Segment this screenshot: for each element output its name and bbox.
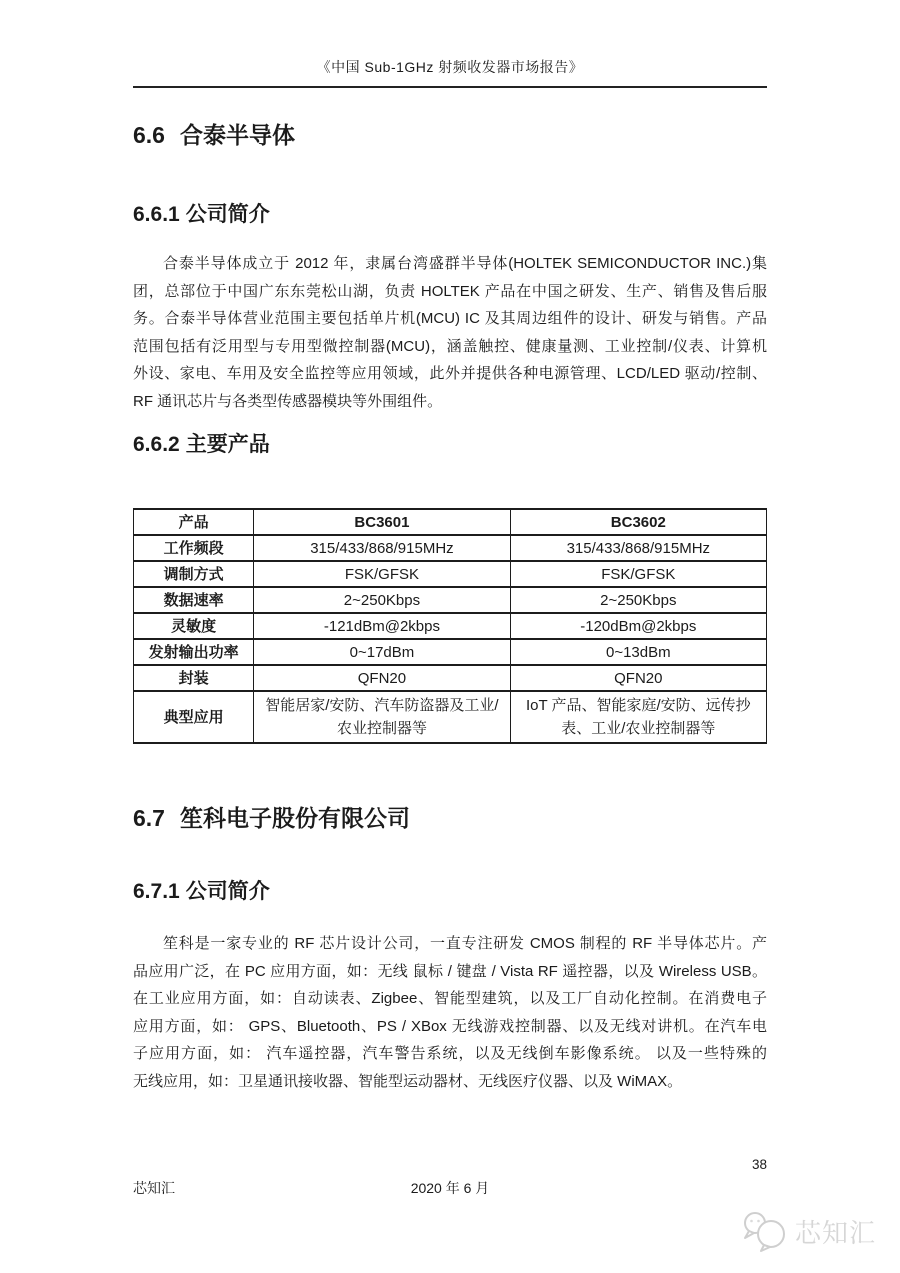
paragraph-line: 品应用广泛，在 PC 应用方面，如：无线 鼠标 / 键盘 / Vista RF … [133, 958, 767, 986]
page-number: 38 [752, 1157, 767, 1172]
table-row: 数据速率2~250Kbps2~250Kbps [134, 587, 767, 613]
paragraph-line: 笙科是一家专业的 RF 芯片设计公司，一直专注研发 CMOS 制程的 RF 半导… [133, 930, 767, 958]
row-label-cell: 典型应用 [134, 691, 254, 743]
row-label-cell: 发射输出功率 [134, 639, 254, 665]
brand-watermark: 芯知汇 [742, 1210, 876, 1252]
paragraph-line: 合泰半导体成立于 2012 年，隶属台湾盛群半导体(HOLTEK SEMICON… [133, 250, 767, 278]
section-6-6-title: 合泰半导体 [180, 117, 295, 150]
paragraph-line: 无线应用，如：卫星通讯接收器、智能型运动器材、无线医疗仪器、以及 WiMAX。 [133, 1068, 767, 1096]
column-header-cell: BC3601 [254, 509, 510, 535]
column-header-cell: 产品 [134, 509, 254, 535]
paragraph-line: RF 通讯芯片与各类型传感器模块等外围组件。 [133, 388, 767, 416]
products-spec-table: 产品BC3601BC3602工作频段315/433/868/915MHz315/… [133, 508, 767, 744]
report-title: 《中国 Sub-1GHz 射频收发器市场报告》 [133, 57, 767, 77]
value-cell: -120dBm@2kbps [510, 613, 766, 639]
footer-brand: 芯知汇 [133, 1178, 175, 1198]
table-row: 封装QFN20QFN20 [134, 665, 767, 691]
section-6-7-1-number: 6.7.1 [133, 880, 180, 904]
table-row: 工作频段315/433/868/915MHz315/433/868/915MHz [134, 535, 767, 561]
paragraph-line: 子应用方面，如： 汽车遥控器，汽车警告系统，以及无线倒车影像系统。 以及一些特殊… [133, 1040, 767, 1068]
section-6-6-1-number: 6.6.1 [133, 203, 180, 227]
section-6-7-number: 6.7 [133, 805, 165, 832]
footer-date: 2020 年 6 月 [411, 1178, 490, 1198]
value-cell: 315/433/868/915MHz [510, 535, 766, 561]
value-cell: 智能居家/安防、汽车防盗器及工业/农业控制器等 [254, 691, 510, 743]
column-header-cell: BC3602 [510, 509, 766, 535]
page-content: 6.6 合泰半导体 6.6.1 公司简介 合泰半导体成立于 2012 年，隶属台… [133, 117, 767, 1095]
row-label-cell: 数据速率 [134, 587, 254, 613]
section-6-6-2-heading: 6.6.2 主要产品 [133, 428, 767, 458]
row-label-cell: 工作频段 [134, 535, 254, 561]
paragraph-line: 务。合泰半导体营业范围主要包括单片机(MCU) IC 及其周边组件的设计、研发与… [133, 305, 767, 333]
section-6-6-1-heading: 6.6.1 公司简介 [133, 198, 767, 228]
value-cell: 2~250Kbps [254, 587, 510, 613]
holtek-company-intro-paragraph: 合泰半导体成立于 2012 年，隶属台湾盛群半导体(HOLTEK SEMICON… [133, 250, 767, 415]
paragraph-line: 在工业应用方面，如：自动读表、Zigbee、智能型建筑，以及工厂自动化控制。在消… [133, 985, 767, 1013]
table-row: 典型应用智能居家/安防、汽车防盗器及工业/农业控制器等IoT 产品、智能家庭/安… [134, 691, 767, 743]
value-cell: 0~13dBm [510, 639, 766, 665]
row-label-cell: 调制方式 [134, 561, 254, 587]
value-cell: QFN20 [254, 665, 510, 691]
value-cell: FSK/GFSK [510, 561, 766, 587]
value-cell: 315/433/868/915MHz [254, 535, 510, 561]
row-label-cell: 封装 [134, 665, 254, 691]
chat-bubbles-logo-icon [742, 1210, 788, 1252]
page-header: 《中国 Sub-1GHz 射频收发器市场报告》 [133, 0, 767, 88]
paragraph-line: 外设、家电、车用及安全监控等应用领域，此外并提供各种电源管理、LCD/LED 驱… [133, 360, 767, 388]
section-6-7-1-title: 公司简介 [186, 875, 270, 905]
paragraph-line: 范围包括有泛用型与专用型微控制器(MCU)，涵盖触控、健康量测、工业控制/仪表、… [133, 333, 767, 361]
value-cell: 0~17dBm [254, 639, 510, 665]
value-cell: 2~250Kbps [510, 587, 766, 613]
paragraph-line: 应用方面，如： GPS、Bluetooth、PS / XBox 无线游戏控制器、… [133, 1013, 767, 1041]
section-6-6-heading: 6.6 合泰半导体 [133, 117, 767, 150]
paragraph-line: 团，总部位于中国广东东莞松山湖，负责 HOLTEK 产品在中国之研发、生产、销售… [133, 278, 767, 306]
section-6-7-1-heading: 6.7.1 公司简介 [133, 875, 767, 905]
section-6-6-number: 6.6 [133, 122, 165, 149]
table-row: 调制方式FSK/GFSKFSK/GFSK [134, 561, 767, 587]
table-row: 发射输出功率0~17dBm0~13dBm [134, 639, 767, 665]
value-cell: QFN20 [510, 665, 766, 691]
report-page: 《中国 Sub-1GHz 射频收发器市场报告》 6.6 合泰半导体 6.6.1 … [0, 0, 900, 1273]
section-6-6-2-number: 6.6.2 [133, 433, 180, 457]
row-label-cell: 灵敏度 [134, 613, 254, 639]
section-6-7-heading: 6.7 笙科电子股份有限公司 [133, 800, 767, 833]
section-6-7-title: 笙科电子股份有限公司 [180, 800, 410, 833]
value-cell: FSK/GFSK [254, 561, 510, 587]
value-cell: -121dBm@2kbps [254, 613, 510, 639]
table-header-row: 产品BC3601BC3602 [134, 509, 767, 535]
page-footer: 芯知汇 2020 年 6 月 [133, 1178, 767, 1198]
watermark-brand-text: 芯知汇 [795, 1213, 876, 1250]
section-6-6-2-title: 主要产品 [186, 428, 270, 458]
value-cell: IoT 产品、智能家庭/安防、远传抄表、工业/农业控制器等 [510, 691, 766, 743]
table-row: 灵敏度-121dBm@2kbps-120dBm@2kbps [134, 613, 767, 639]
amiccom-company-intro-paragraph: 笙科是一家专业的 RF 芯片设计公司，一直专注研发 CMOS 制程的 RF 半导… [133, 930, 767, 1095]
section-6-6-1-title: 公司简介 [186, 198, 270, 228]
